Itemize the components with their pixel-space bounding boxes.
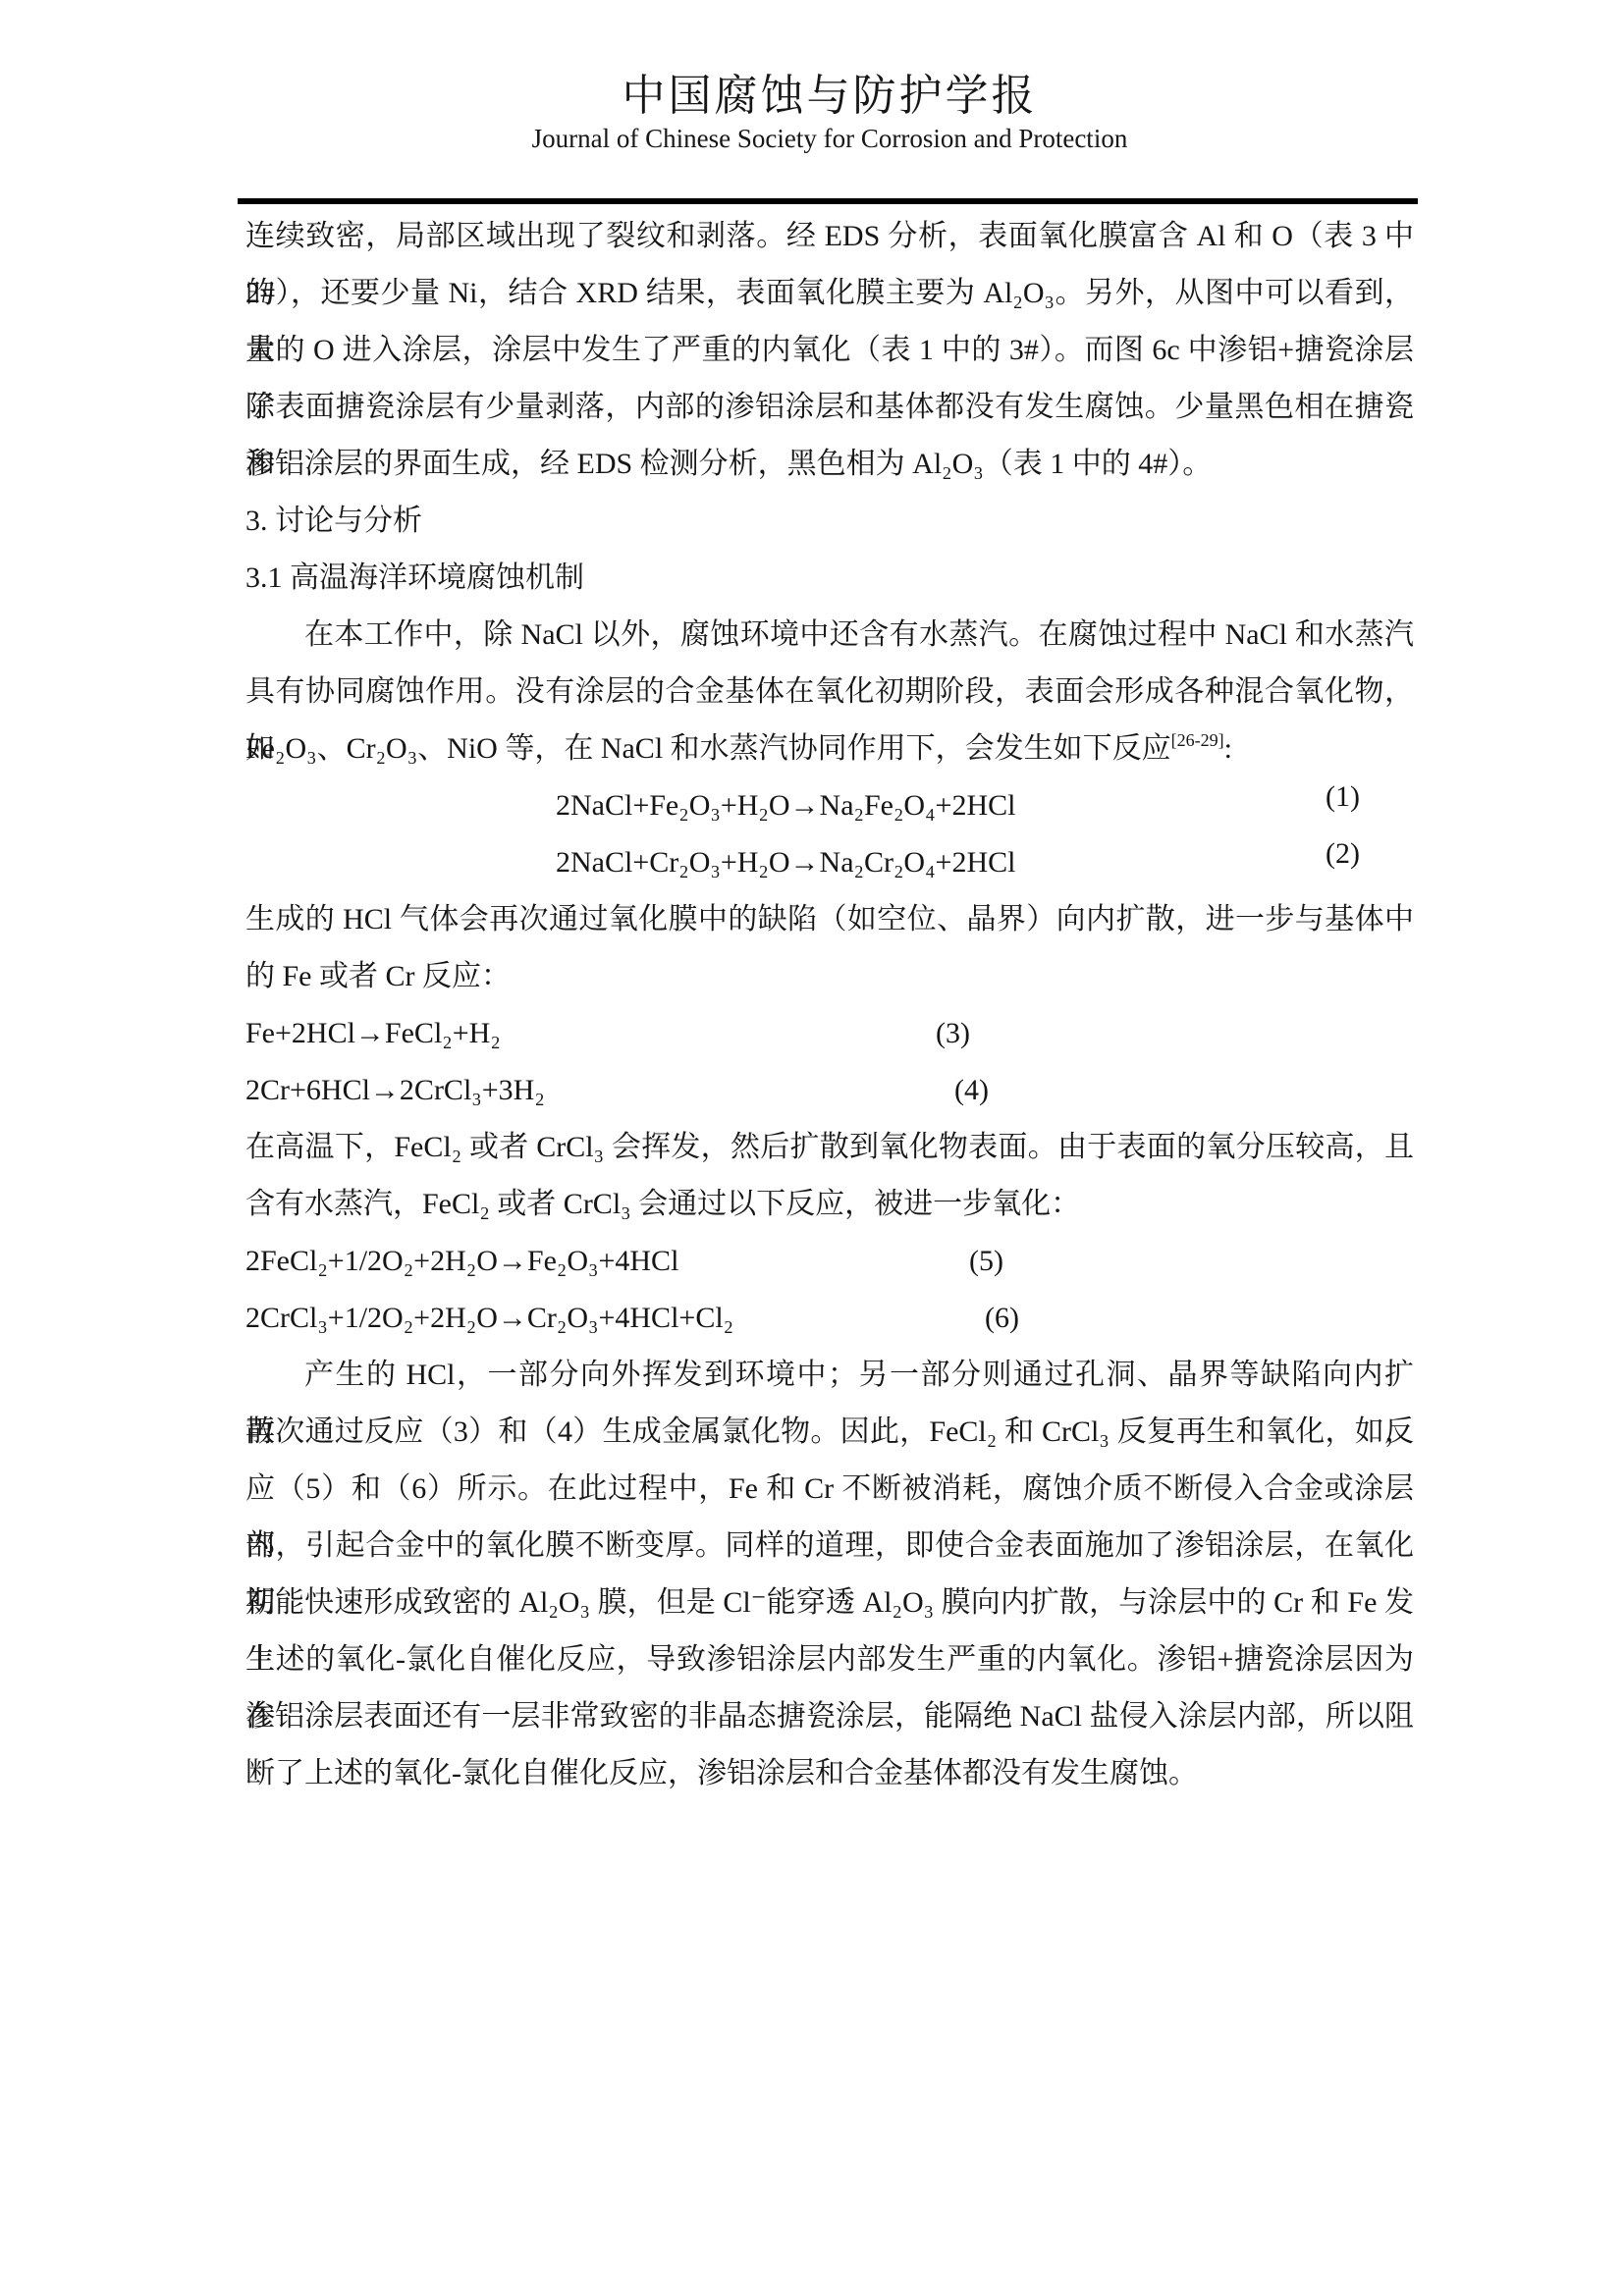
equation-number: (3) — [936, 1005, 970, 1062]
paragraph-results: 连续致密，局部区域出现了裂纹和剥落。经 EDS 分析，表面氧化膜富含 Al 和 … — [245, 208, 1414, 493]
equation-row: 2NaCl+Fe₂O₃+H₂O→Na₂Fe₂O₄+2HCl (1) — [245, 777, 1414, 834]
equation-row: 2NaCl+Cr₂O₃+H₂O→Na₂Cr₂O₄+2HCl (2) — [245, 834, 1414, 891]
equation-number: (4) — [954, 1062, 989, 1119]
equation-formula: 2Cr+6HCl→2CrCl₃+3H₂ — [245, 1062, 545, 1119]
equation-number: (6) — [985, 1290, 1019, 1347]
text-segment: Fe₂O₃、Cr₂O₃、NiO 等，在 NaCl 和水蒸汽协同作用下，会发生如下… — [245, 732, 1171, 765]
subsection-heading: 3.1 高温海洋环境腐蚀机制 — [245, 550, 1414, 607]
equation-row: 2FeCl₂+1/2O₂+2H₂O→Fe₂O₃+4HCl (5) — [245, 1233, 1414, 1290]
text-line: 产生的 HCl，一部分向外挥发到环境中；另一部分则通过孔洞、晶界等缺陷向内扩散， — [245, 1347, 1414, 1404]
text-line: 渗铝涂层的界面生成，经 EDS 检测分析，黑色相为 Al₂O₃（表 1 中的 4… — [245, 436, 1414, 493]
text-line-with-reference: Fe₂O₃、Cr₂O₃、NiO 等，在 NaCl 和水蒸汽协同作用下，会发生如下… — [245, 721, 1414, 777]
text-line: 2#），还要少量 Ni，结合 XRD 结果，表面氧化膜主要为 Al₂O₃。另外，… — [245, 265, 1414, 322]
journal-title-cn: 中国腐蚀与防护学报 — [245, 71, 1414, 122]
text-line: 含有水蒸汽，FeCl₂ 或者 CrCl₃ 会通过以下反应，被进一步氧化： — [245, 1176, 1414, 1233]
text-segment: : — [1224, 732, 1232, 765]
text-line: 了表面搪瓷涂层有少量剥落，内部的渗铝涂层和基体都没有发生腐蚀。少量黑色相在搪瓷和 — [245, 379, 1414, 436]
header-rule — [238, 198, 1418, 204]
text-line: 期能快速形成致密的 Al₂O₃ 膜，但是 Cl⁻能穿透 Al₂O₃ 膜向内扩散，… — [245, 1575, 1414, 1631]
equation-number: (5) — [969, 1233, 1003, 1290]
text-line: 具有协同腐蚀作用。没有涂层的合金基体在氧化初期阶段，表面会形成各种混合氧化物，如 — [245, 664, 1414, 721]
text-line: 部，引起合金中的氧化膜不断变厚。同样的道理，即使合金表面施加了渗铝涂层，在氧化初 — [245, 1518, 1414, 1575]
reference-superscript: [26-29] — [1171, 730, 1224, 750]
paragraph-hcl-diffusion: 生成的 HCl 气体会再次通过氧化膜中的缺陷（如空位、晶界）向内扩散，进一步与基… — [245, 891, 1414, 1005]
equation-row: 2Cr+6HCl→2CrCl₃+3H₂ (4) — [245, 1062, 1414, 1119]
text-line: 的 Fe 或者 Cr 反应： — [245, 948, 1414, 1005]
text-line: 生成的 HCl 气体会再次通过氧化膜中的缺陷（如空位、晶界）向内扩散，进一步与基… — [245, 891, 1414, 948]
page-content: 中国腐蚀与防护学报 Journal of Chinese Society for… — [0, 71, 1414, 1802]
paragraph-volatilization: 在高温下，FeCl₂ 或者 CrCl₃ 会挥发，然后扩散到氧化物表面。由于表面的… — [245, 1119, 1414, 1233]
text-line: 在本工作中，除 NaCl 以外，腐蚀环境中还含有水蒸汽。在腐蚀过程中 NaCl … — [245, 607, 1414, 664]
text-line: 再次通过反应（3）和（4）生成金属氯化物。因此，FeCl₂ 和 CrCl₃ 反复… — [245, 1404, 1414, 1461]
equation-formula: 2NaCl+Cr₂O₃+H₂O→Na₂Cr₂O₄+2HCl — [556, 834, 1016, 891]
journal-page: 中国腐蚀与防护学报 Journal of Chinese Society for… — [0, 0, 1624, 2296]
text-line: 在高温下，FeCl₂ 或者 CrCl₃ 会挥发，然后扩散到氧化物表面。由于表面的… — [245, 1119, 1414, 1176]
text-line: 上述的氧化-氯化自催化反应，导致渗铝涂层内部发生严重的内氧化。渗铝+搪瓷涂层因为… — [245, 1631, 1414, 1688]
text-line: 断了上述的氧化-氯化自催化反应，渗铝涂层和合金基体都没有发生腐蚀。 — [245, 1745, 1414, 1802]
equation-row: 2CrCl₃+1/2O₂+2H₂O→Cr₂O₃+4HCl+Cl₂ (6) — [245, 1290, 1414, 1347]
equation-formula: 2CrCl₃+1/2O₂+2H₂O→Cr₂O₃+4HCl+Cl₂ — [245, 1290, 733, 1347]
paragraph-mechanism-intro: 在本工作中，除 NaCl 以外，腐蚀环境中还含有水蒸汽。在腐蚀过程中 NaCl … — [245, 607, 1414, 777]
text-line: 渗铝涂层表面还有一层非常致密的非晶态搪瓷涂层，能隔绝 NaCl 盐侵入涂层内部，… — [245, 1688, 1414, 1745]
equation-formula: 2NaCl+Fe₂O₃+H₂O→Na₂Fe₂O₄+2HCl — [556, 777, 1016, 834]
text-line: 连续致密，局部区域出现了裂纹和剥落。经 EDS 分析，表面氧化膜富含 Al 和 … — [245, 208, 1414, 265]
text-line: 应（5）和（6）所示。在此过程中，Fe 和 Cr 不断被消耗，腐蚀介质不断侵入合… — [245, 1461, 1414, 1518]
equation-number: (1) — [1326, 769, 1360, 826]
equation-number: (2) — [1326, 826, 1360, 882]
paragraph-discussion: 产生的 HCl，一部分向外挥发到环境中；另一部分则通过孔洞、晶界等缺陷向内扩散，… — [245, 1347, 1414, 1802]
equation-formula: 2FeCl₂+1/2O₂+2H₂O→Fe₂O₃+4HCl — [245, 1233, 678, 1290]
equation-formula: Fe+2HCl→FeCl₂+H₂ — [245, 1005, 501, 1062]
journal-header: 中国腐蚀与防护学报 Journal of Chinese Society for… — [245, 71, 1414, 204]
article-body: 连续致密，局部区域出现了裂纹和剥落。经 EDS 分析，表面氧化膜富含 Al 和 … — [245, 208, 1414, 1802]
equation-row: Fe+2HCl→FeCl₂+H₂ (3) — [245, 1005, 1414, 1062]
section-heading: 3. 讨论与分析 — [245, 493, 1414, 550]
text-line: 量的 O 进入涂层，涂层中发生了严重的内氧化（表 1 中的 3#）。而图 6c … — [245, 322, 1414, 379]
journal-title-en: Journal of Chinese Society for Corrosion… — [245, 122, 1414, 155]
